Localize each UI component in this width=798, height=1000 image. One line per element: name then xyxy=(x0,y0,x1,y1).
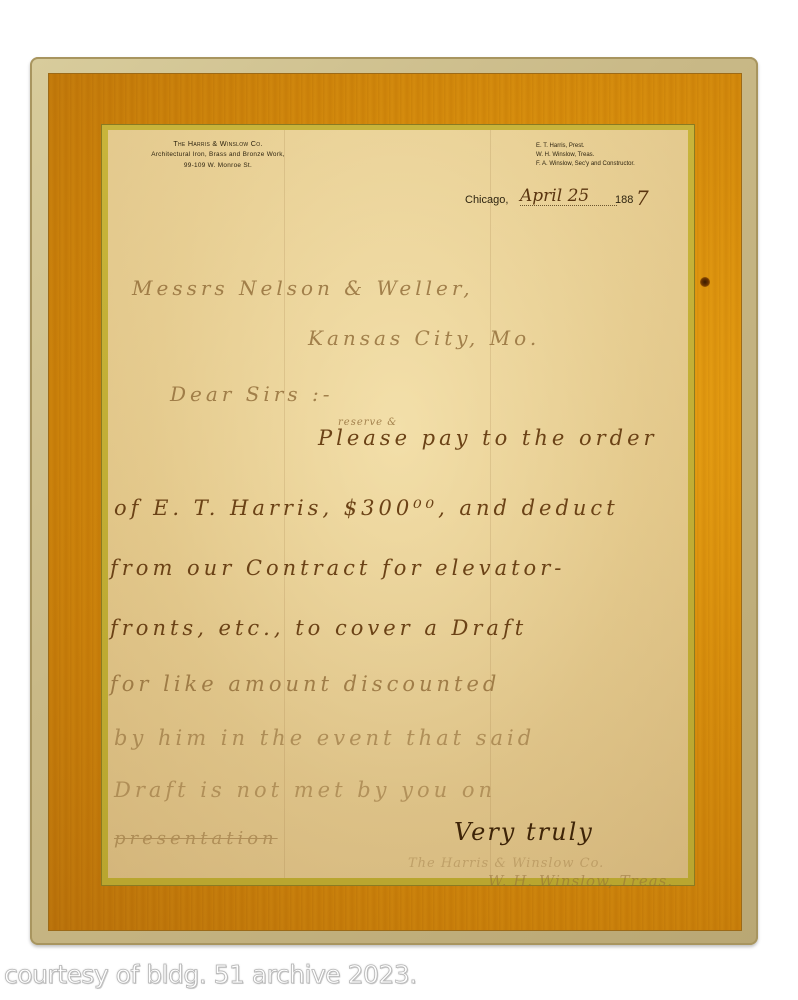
dateline: Chicago, April 25 188 7 xyxy=(465,188,665,208)
company-address: 99-109 W. Monroe St. xyxy=(108,160,328,171)
body-line: for like amount discounted xyxy=(110,672,500,696)
company-business: Architectural Iron, Brass and Bronze Wor… xyxy=(108,149,328,160)
closing: Very truly xyxy=(454,818,594,846)
signature-company-faded: The Harris & Winslow Co. xyxy=(408,856,604,871)
letterhead-officers: E. T. Harris, Prest. W. H. Winslow, Trea… xyxy=(536,142,635,169)
salutation: Dear Sirs :- xyxy=(170,382,334,406)
signature: W. H. Winslow, Treas. xyxy=(488,872,673,890)
body-line: Please pay to the order xyxy=(318,426,658,450)
body-line: by him in the event that said xyxy=(114,726,535,750)
struck-word: presentation xyxy=(114,828,278,849)
officer: W. H. Winslow, Treas. xyxy=(536,151,635,160)
officer: E. T. Harris, Prest. xyxy=(536,142,635,151)
body-line: from our Contract for elevator- xyxy=(110,556,565,580)
body-line: Draft is not met by you on xyxy=(114,778,496,802)
body-line: of E. T. Harris, $300⁰⁰, and deduct xyxy=(114,496,619,520)
letterhead-company: The Harris & Winslow Co. Architectural I… xyxy=(108,138,328,171)
wood-knot xyxy=(700,277,710,287)
recipient-city: Kansas City, Mo. xyxy=(308,326,540,350)
handwritten-date: April 25 xyxy=(520,186,589,206)
body-line: fronts, etc., to cover a Draft xyxy=(110,616,527,640)
printed-year: 188 xyxy=(615,194,633,206)
letter-paper: The Harris & Winslow Co. Architectural I… xyxy=(108,130,688,878)
watermark-caption: courtesy of bldg. 51 archive 2023. xyxy=(4,960,417,989)
company-name: The Harris & Winslow Co. xyxy=(108,138,328,149)
handwritten-year-digit: 7 xyxy=(636,186,649,210)
recipient-name: Messrs Nelson & Weller, xyxy=(132,276,474,300)
dateline-place: Chicago, xyxy=(465,194,508,206)
officer: F. A. Winslow, Sec'y and Constructor. xyxy=(536,160,635,169)
